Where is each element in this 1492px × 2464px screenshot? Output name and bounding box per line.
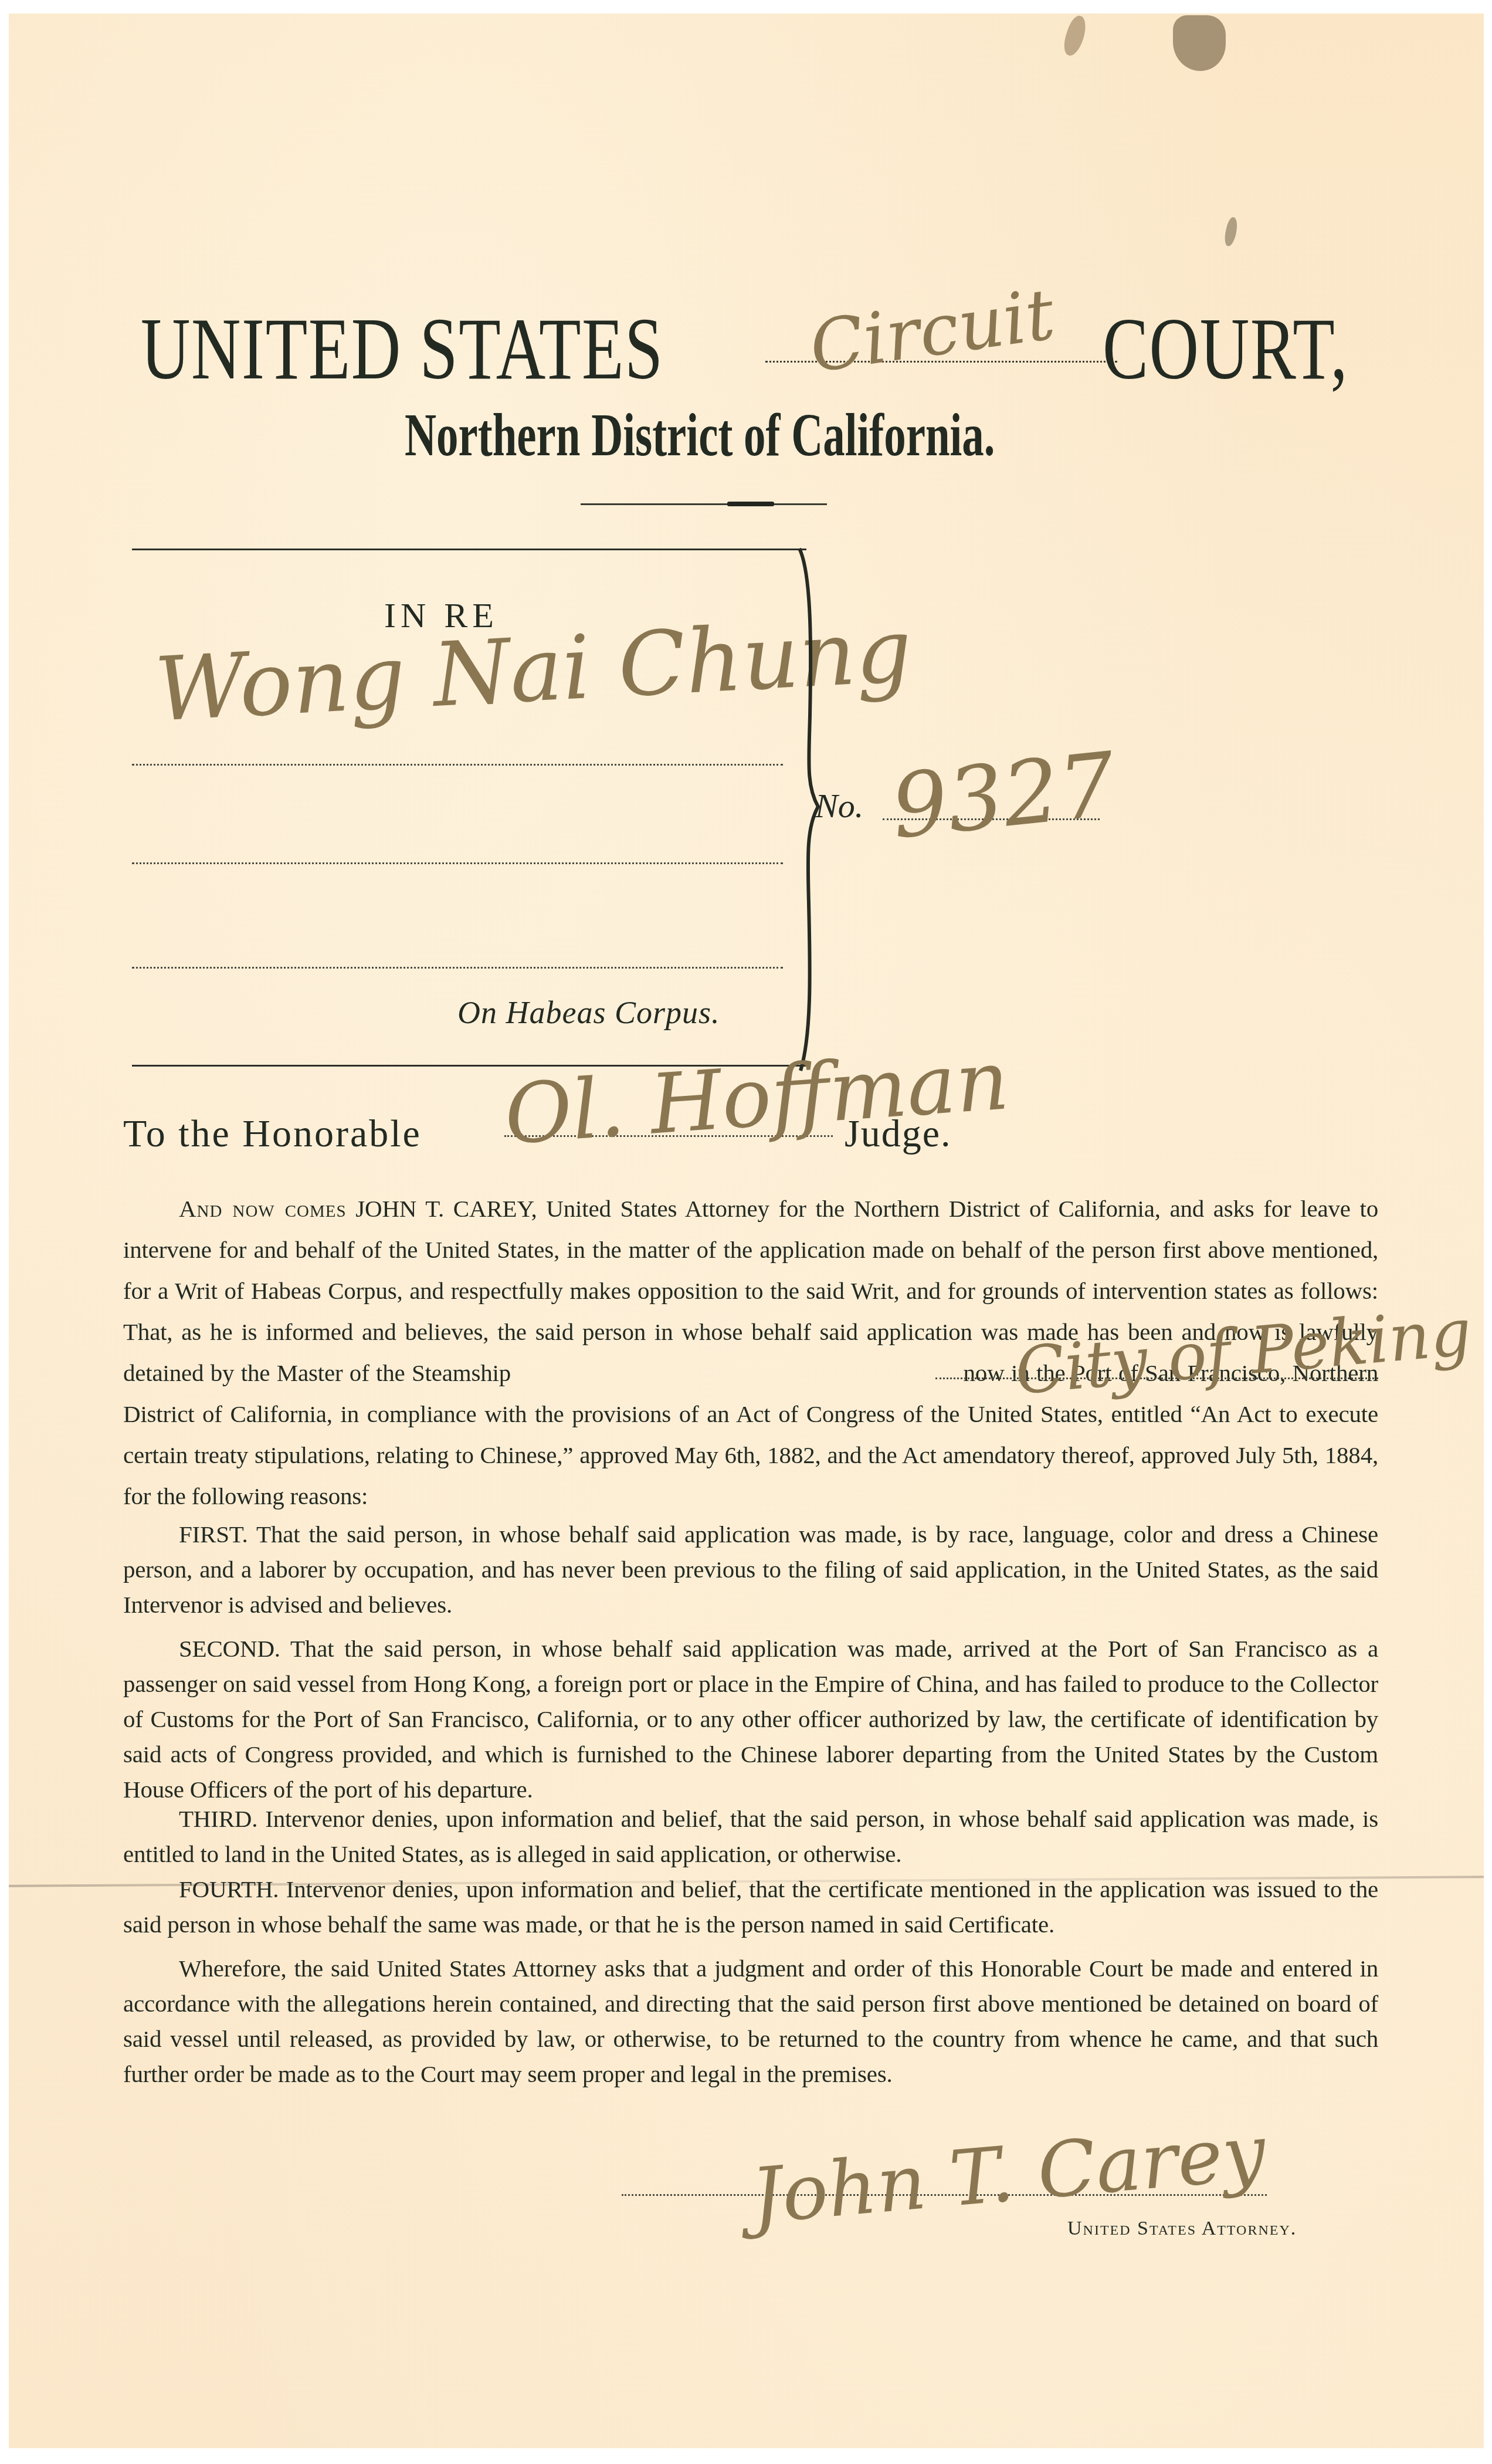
second-label: SECOND. bbox=[179, 1635, 280, 1662]
first-text: That the said person, in whose behalf sa… bbox=[123, 1521, 1378, 1618]
ink-stain bbox=[1173, 15, 1226, 71]
second-text: That the said person, in whose behalf sa… bbox=[123, 1635, 1378, 1803]
address-prefix: To the Honorable bbox=[123, 1112, 422, 1156]
heading-united-states: UNITED STATES bbox=[141, 305, 664, 393]
case-number-label: No. bbox=[815, 786, 863, 825]
wherefore-text: Wherefore, the said United States Attorn… bbox=[123, 1955, 1378, 2087]
second-paragraph: SECOND. That the said person, in whose b… bbox=[123, 1631, 1378, 1807]
fourth-label: FOURTH. bbox=[179, 1876, 279, 1903]
caption-top-rule bbox=[132, 549, 806, 550]
third-text: Intervenor denies, upon information and … bbox=[123, 1805, 1378, 1867]
caption-line-2 bbox=[132, 862, 783, 864]
third-paragraph: THIRD. Intervenor denies, upon informati… bbox=[123, 1801, 1378, 1871]
third-label: THIRD. bbox=[179, 1805, 257, 1832]
signature-title: United States Attorney. bbox=[1067, 2218, 1297, 2240]
caption-line-3 bbox=[132, 967, 783, 969]
first-label: FIRST. bbox=[179, 1521, 248, 1548]
first-paragraph: FIRST. That the said person, in whose be… bbox=[123, 1517, 1378, 1622]
fourth-paragraph: FOURTH. Intervenor denies, upon informat… bbox=[123, 1871, 1378, 1942]
ornament-divider bbox=[581, 503, 827, 505]
heading-court: COURT, bbox=[1103, 305, 1348, 393]
address-suffix: Judge. bbox=[845, 1112, 951, 1156]
intro-lead: And now comes bbox=[179, 1195, 347, 1222]
proceeding-label: On Habeas Corpus. bbox=[457, 994, 720, 1031]
caption-line-1 bbox=[132, 764, 783, 766]
fourth-text: Intervenor denies, upon information and … bbox=[123, 1876, 1378, 1938]
heading-district: Northern District of California. bbox=[405, 405, 995, 466]
wherefore-paragraph: Wherefore, the said United States Attorn… bbox=[123, 1951, 1378, 2091]
